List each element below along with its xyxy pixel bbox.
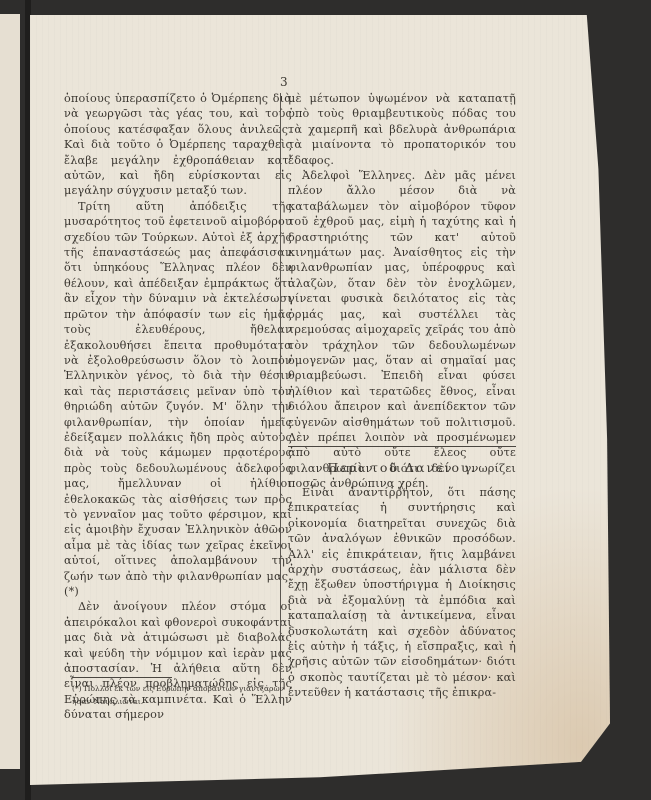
page-number: 3 xyxy=(280,75,288,89)
paragraph: ὁποίους ὑπερασπίζετο ὁ Ὀμέρπεης διὰ νὰ γ… xyxy=(64,91,292,199)
adjacent-page-edge xyxy=(0,14,20,769)
footnote-rule xyxy=(72,677,172,678)
right-column-bottom: Εἶναι ἀναντίῤῥητον, ὅτι πάσης ἐπικρατεία… xyxy=(288,485,516,701)
paragraph: Τρίτη αὕτη ἀπόδειξις τῆς μυσαρότητος τοῦ… xyxy=(64,199,292,600)
right-column-top: μὲ μέτωπον ὑψωμένον νὰ καταπατῇ ὑπὸ τοὺς… xyxy=(288,91,516,492)
column-divider xyxy=(280,93,281,704)
document-page: 3 ὁποίους ὑπερασπίζετο ὁ Ὀμέρπεης διὰ νὰ… xyxy=(30,15,610,785)
paragraph: μὲ μέτωπον ὑψωμένον νὰ καταπατῇ ὑπὸ τοὺς… xyxy=(288,91,516,168)
paragraph: Ἀδελφοὶ Ἕλληνες. Δὲν μᾶς μένει πλέον ἄλλ… xyxy=(288,168,516,492)
paragraph: Εἶναι ἀναντίῤῥητον, ὅτι πάσης ἐπικρατεία… xyxy=(288,485,516,701)
left-column: ὁποίους ὑπερασπίζετο ὁ Ὀμέρπεης διὰ νὰ γ… xyxy=(64,91,292,723)
section-rule xyxy=(288,446,516,447)
footnote: (*) Πολλοὶ ἐκ τῶν εἰς Εὐρώπην ἀποβάντων … xyxy=(72,682,287,708)
section-heading: Περὶ τοῦ Δανείου. xyxy=(288,460,516,475)
